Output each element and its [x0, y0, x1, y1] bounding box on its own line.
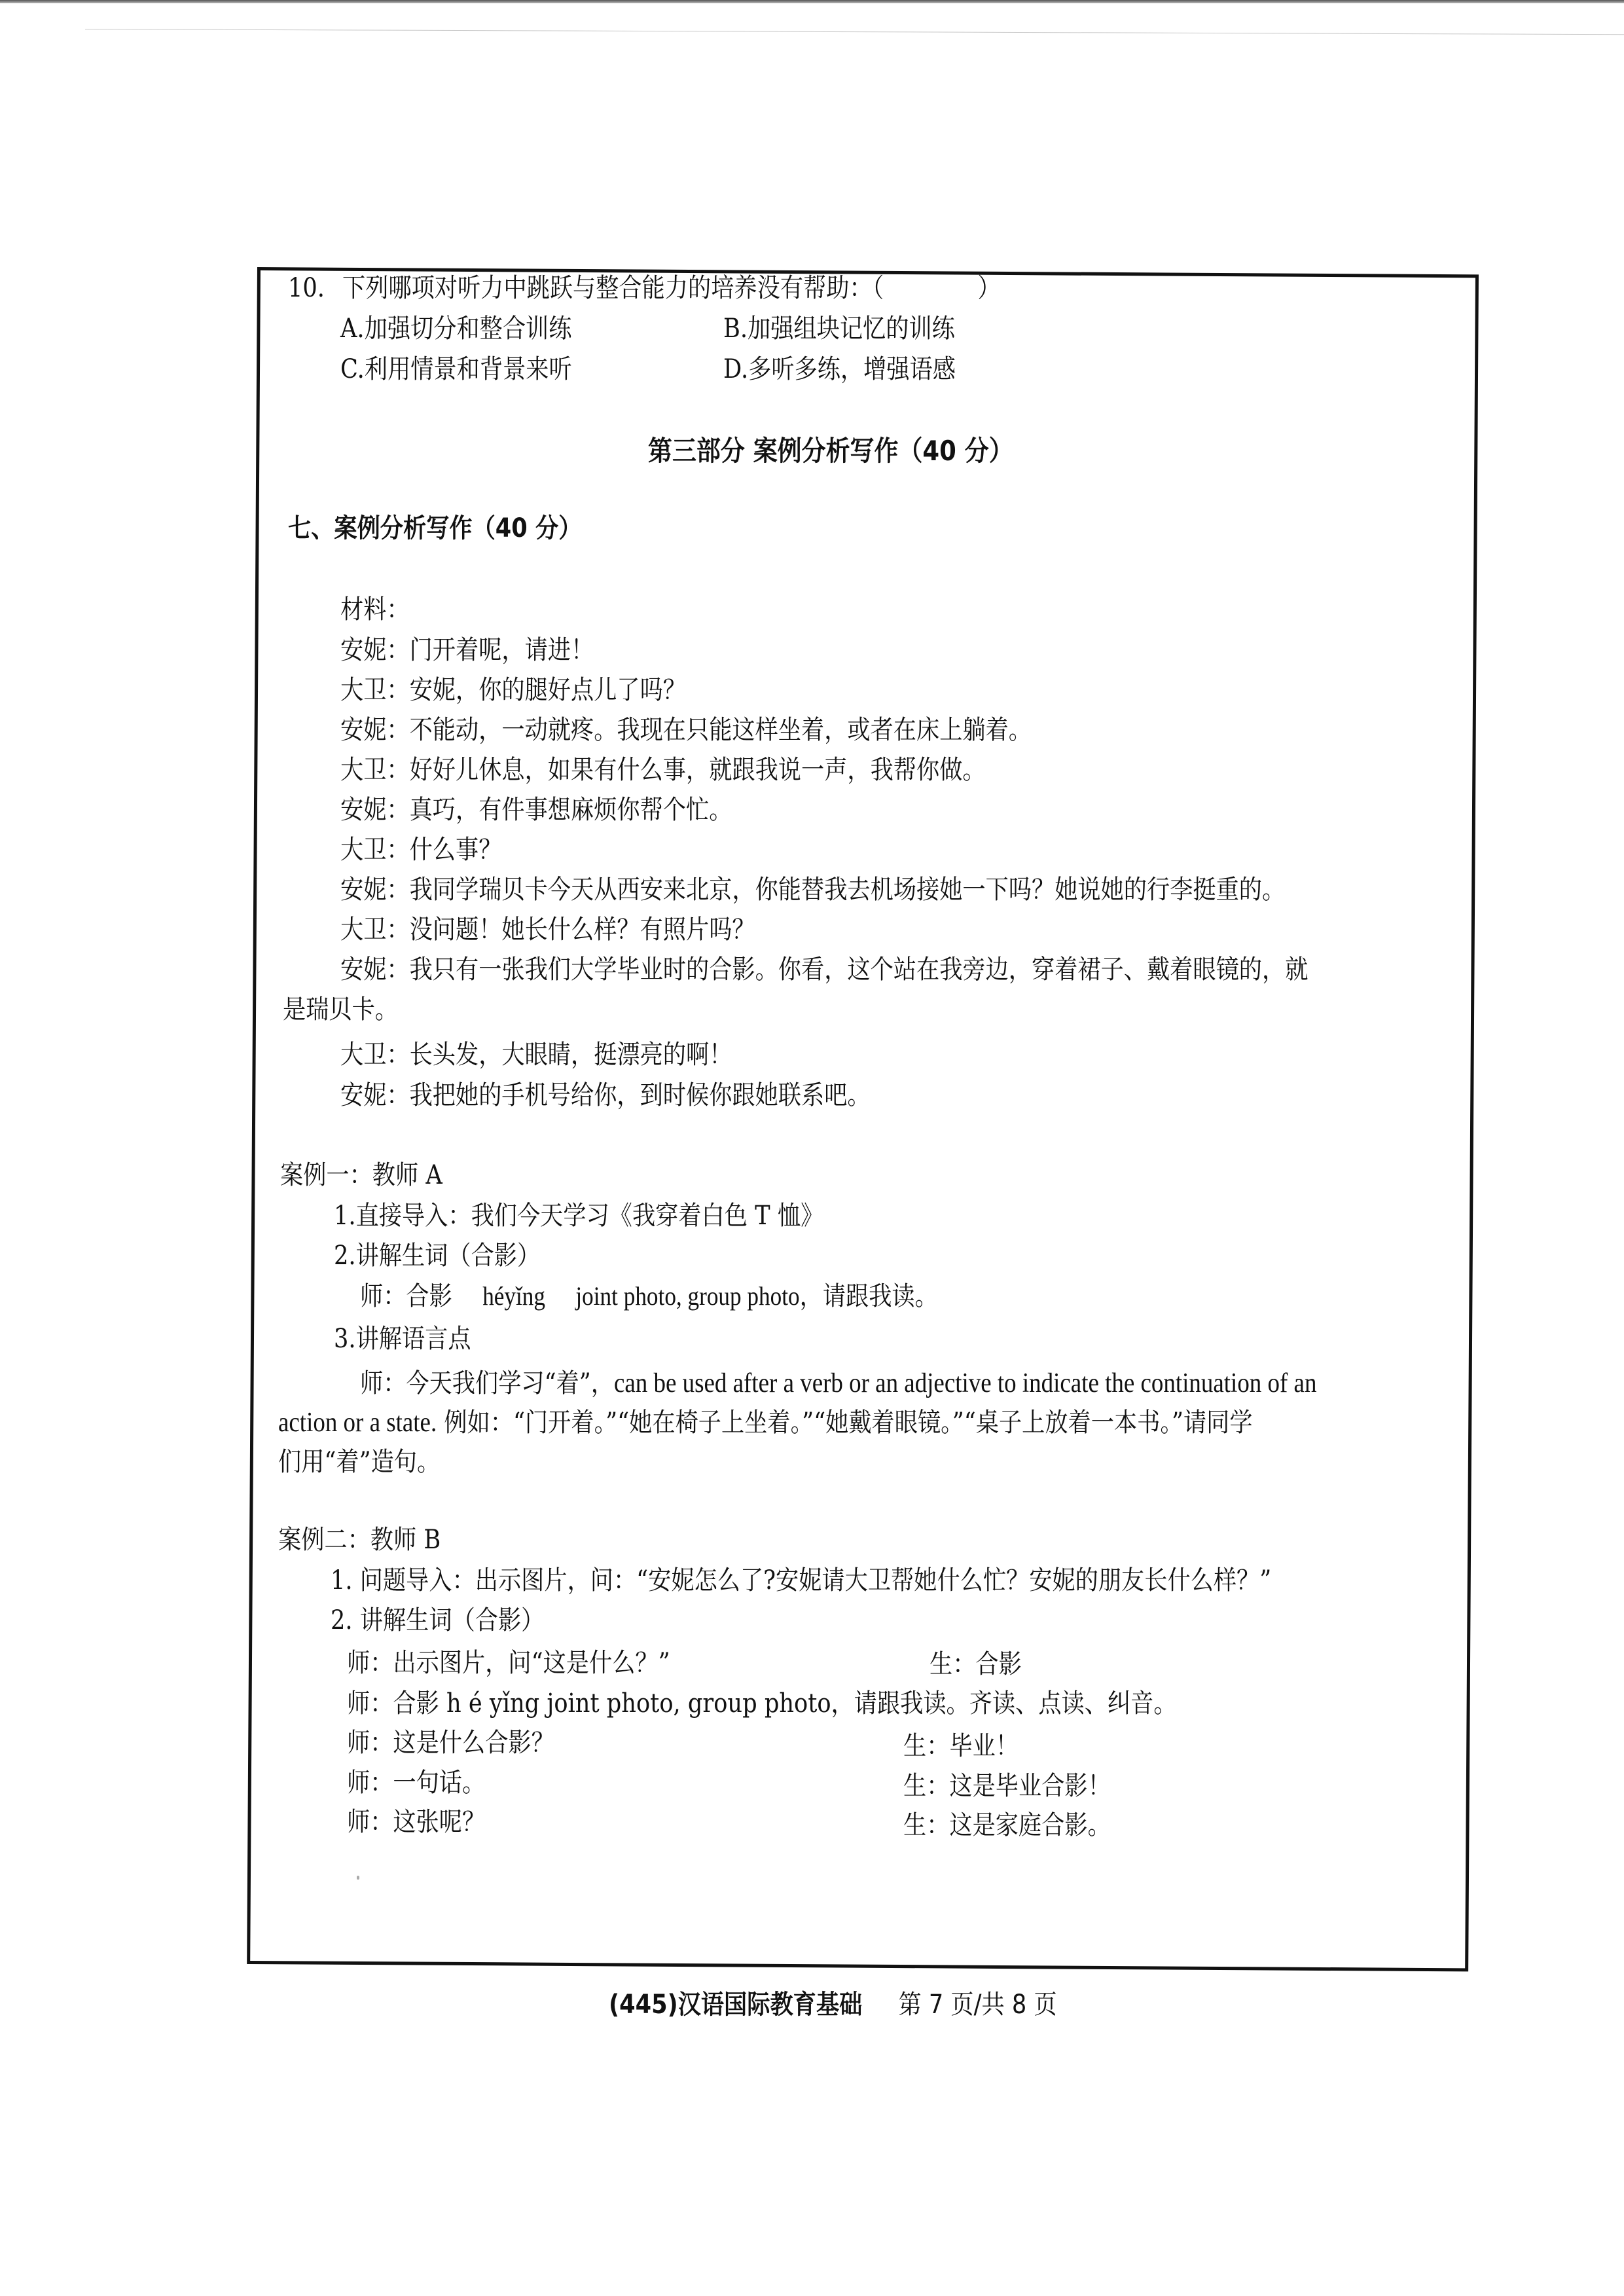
example-sentences: 例如：“门开着。”“她在椅子上坐着。”“她戴着眼镜。”“桌子上放着一本书。”请同… [437, 1408, 1252, 1438]
dialogue-line: 安妮：我同学瑞贝卡今天从西安来北京，你能替我去机场接她一下吗？她说她的行李挺重的… [340, 877, 1285, 903]
case-heading: 案例二：教师 B [278, 1527, 441, 1553]
utterance: 我同学瑞贝卡今天从西安来北京，你能替我去机场接她一下吗？她说她的行李挺重的。 [410, 875, 1286, 905]
student-line: 生：合影 [929, 1651, 1022, 1677]
dialogue-line: 安妮：真巧，有件事想麻烦你帮个忙。 [340, 797, 732, 823]
teacher-line: 师：合影 héyǐng joint photo, group photo，请跟我… [360, 1283, 938, 1309]
utterance: 长头发，大眼睛，挺漂亮的啊！ [410, 1040, 732, 1070]
page-number: 第 7 页/共 8 页 [898, 1990, 1056, 2020]
option-text: 利用情景和背景来听 [365, 354, 572, 384]
option-key: A. [340, 314, 365, 344]
dialogue-line: 大卫：安妮，你的腿好点儿了吗？ [340, 677, 686, 703]
dialogue-line: 安妮：我把她的手机号给你，到时候你跟她联系吧。 [340, 1082, 871, 1108]
case-step: 1.直接导入：我们今天学习《我穿着白色 T 恤》 [334, 1203, 823, 1229]
speaker: 安妮： [340, 715, 410, 745]
utterance: 是瑞贝卡。 [283, 994, 398, 1025]
student-line: 生：这是家庭合影。 [903, 1812, 1111, 1838]
option-key: B. [723, 314, 748, 344]
utterance: 真巧，有件事想麻烦你帮个忙。 [410, 795, 732, 825]
part-title: 第三部分 案例分析写作（40 分） [648, 437, 1013, 465]
dialogue-line: 大卫：什么事？ [340, 837, 501, 863]
teacher-line: 师：今天我们学习“着”，can be used after a verb or … [360, 1370, 1316, 1397]
scan-artifact-line [85, 29, 1624, 35]
teacher-line: 师：这张呢？ [347, 1809, 485, 1835]
speaker: 安妮： [340, 795, 410, 825]
teacher-line: 师：出示图片，问“这是什么？” [347, 1650, 670, 1676]
option-text: 加强切分和整合训练 [365, 314, 572, 344]
dialogue-line: 大卫：长头发，大眼睛，挺漂亮的啊！ [340, 1042, 732, 1068]
option-text: 多听多练，增强语感 [748, 354, 956, 384]
teacher-line-continued: 们用“着”造句。 [278, 1449, 440, 1475]
material-label: 材料： [340, 596, 410, 623]
teacher-line: 师：这是什么合影？ [347, 1730, 554, 1756]
speaker: 大卫： [340, 835, 410, 865]
student-line: 生：这是毕业合影！ [903, 1773, 1111, 1799]
dialogue-line: 大卫：好好儿休息，如果有什么事，就跟我说一声，我帮你做。 [340, 757, 986, 783]
option-b[interactable]: B.加强组块记忆的训练 [723, 316, 955, 342]
student-line: 生：毕业！ [903, 1733, 1019, 1759]
dialogue-line: 安妮：不能动，一动就疼。我现在只能这样坐着，或者在床上躺着。 [340, 717, 1032, 743]
english-gloss: joint photo, group photo， [575, 1281, 822, 1311]
option-key: D. [723, 354, 748, 384]
question-number: 10. [288, 273, 325, 303]
speaker: 大卫： [340, 675, 410, 705]
speaker: 大卫： [340, 1040, 410, 1070]
question-stem: 下列哪项对听力中跳跃与整合能力的培养没有帮助：（ [342, 273, 884, 303]
speaker: 大卫： [340, 755, 410, 785]
option-c[interactable]: C.利用情景和背景来听 [340, 356, 572, 382]
utterance: 好好儿休息，如果有什么事，就跟我说一声，我帮你做。 [410, 755, 986, 785]
dialogue-line-continued: 是瑞贝卡。 [283, 996, 398, 1023]
case-step: 3.讲解语言点 [334, 1326, 471, 1352]
utterance: 门开着呢，请进！ [410, 635, 594, 665]
option-d[interactable]: D.多听多练，增强语感 [723, 356, 956, 382]
dialogue-line: 安妮：门开着呢，请进！ [340, 637, 594, 663]
pinyin: héyǐng [482, 1281, 545, 1311]
course-code: (445)汉语国际教育基础 [609, 1990, 862, 2020]
utterance: 没问题！她长什么样？有照片吗？ [410, 915, 755, 945]
case-heading: 案例一：教师 A [280, 1162, 442, 1188]
english-explanation: action or a state. [278, 1408, 437, 1438]
instruction: 请跟我读。 [823, 1281, 938, 1311]
utterance: 我只有一张我们大学毕业时的合影。你看，这个站在我旁边，穿着裙子、戴着眼镜的，就 [410, 955, 1308, 985]
teacher-line: 师：合影 h é yǐng joint photo, group photo，请… [347, 1690, 1177, 1717]
page-footer: (445)汉语国际教育基础 第 7 页/共 8 页 [609, 1984, 1057, 2021]
utterance: 什么事？ [410, 835, 502, 865]
speaker: 安妮： [340, 635, 410, 665]
scan-edge [0, 0, 1624, 3]
case-step: 2. 讲解生词（合影） [331, 1607, 544, 1633]
scan-speck [357, 1876, 359, 1880]
dialogue-line: 大卫：没问题！她长什么样？有照片吗？ [340, 917, 755, 943]
speaker: 安妮： [340, 1080, 410, 1110]
utterance: 我把她的手机号给你，到时候你跟她联系吧。 [410, 1080, 871, 1110]
utterance: 安妮，你的腿好点儿了吗？ [410, 675, 686, 705]
english-explanation: can be used after a verb or an adjective… [614, 1368, 1316, 1398]
section-heading: 七、案例分析写作（40 分） [288, 515, 581, 541]
teacher-speech: 师：合影 [360, 1281, 452, 1311]
teacher-speech: 师：今天我们学习“着”， [360, 1368, 614, 1398]
teacher-line-continued: action or a state. 例如：“门开着。”“她在椅子上坐着。”“她… [278, 1409, 1253, 1436]
dialogue-line: 安妮：我只有一张我们大学毕业时的合影。你看，这个站在我旁边，穿着裙子、戴着眼镜的… [340, 957, 1308, 983]
option-a[interactable]: A.加强切分和整合训练 [340, 316, 571, 342]
teacher-line: 师：一句话。 [347, 1770, 485, 1796]
speaker: 安妮： [340, 955, 410, 985]
answer-blank[interactable]: ） [977, 273, 1000, 303]
case-step: 2.讲解生词（合影） [334, 1243, 540, 1269]
option-key: C. [340, 354, 365, 384]
case-step: 1. 问题导入：出示图片，问：“安妮怎么了?安妮请大卫帮她什么忙？安妮的朋友长什… [331, 1567, 1271, 1594]
speaker: 大卫： [340, 915, 410, 945]
utterance: 不能动，一动就疼。我现在只能这样坐着，或者在床上躺着。 [410, 715, 1032, 745]
speaker: 安妮： [340, 875, 410, 905]
option-text: 加强组块记忆的训练 [748, 314, 955, 344]
